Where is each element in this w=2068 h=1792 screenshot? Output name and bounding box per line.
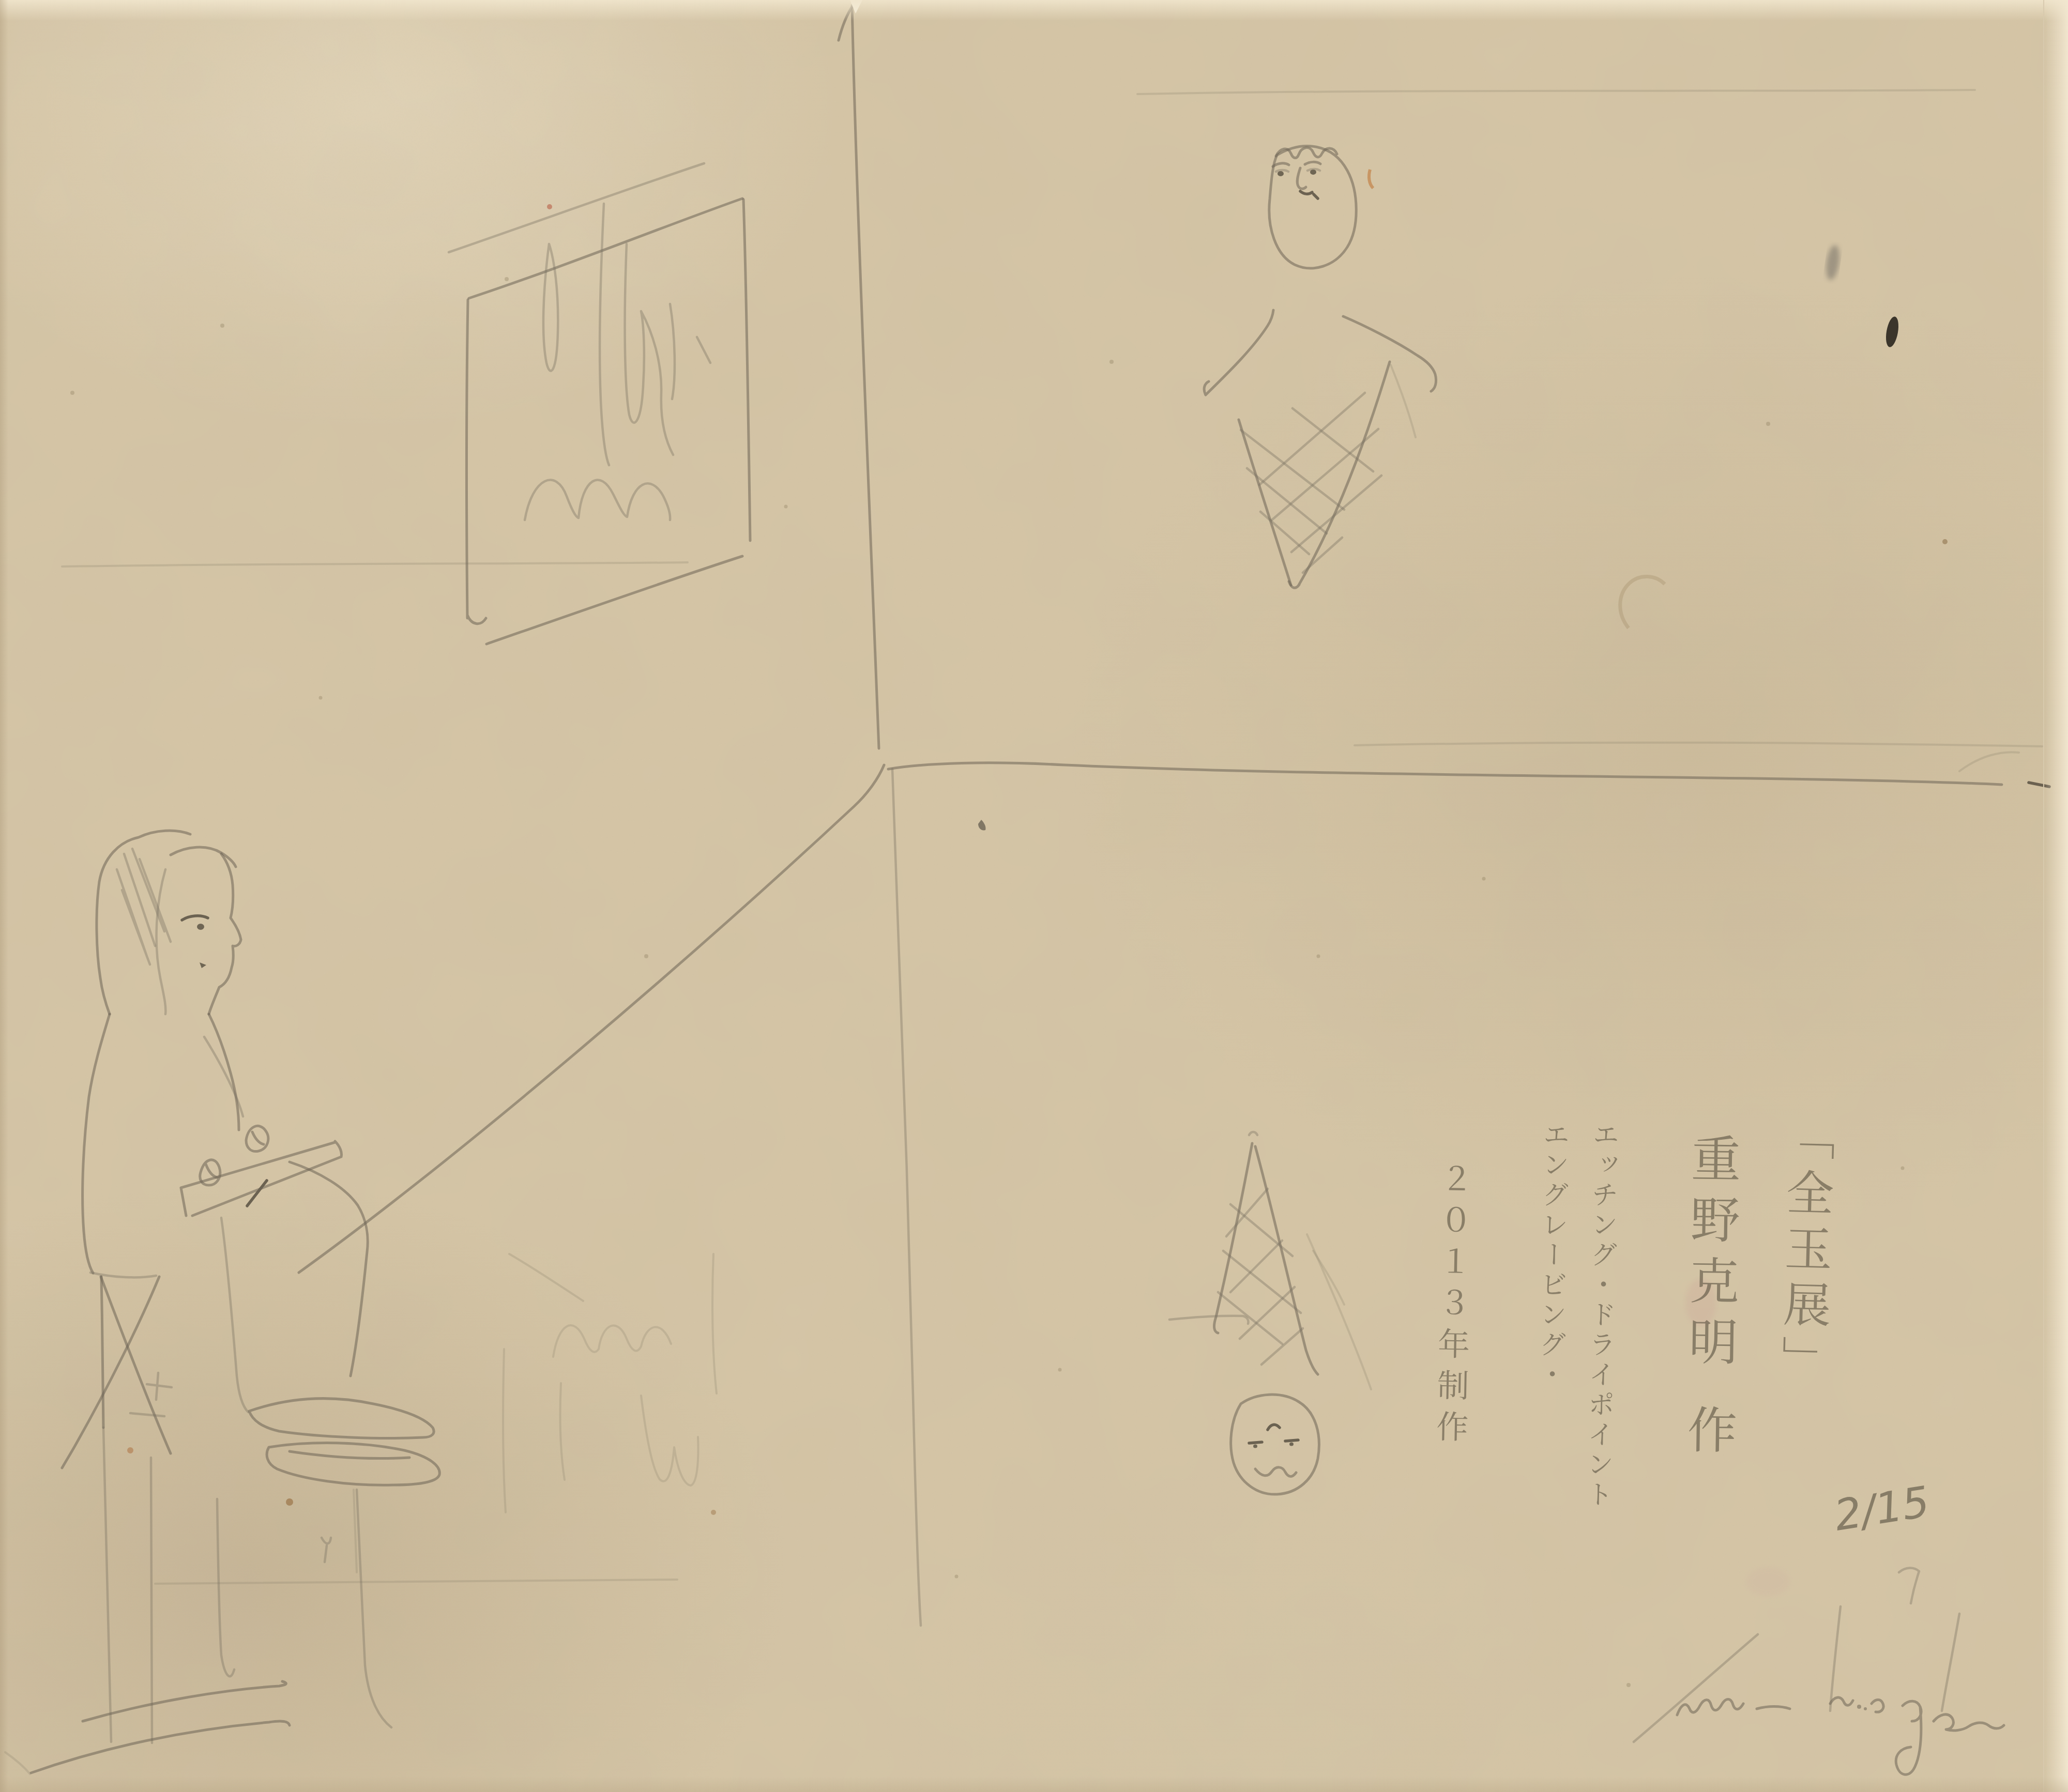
- right-eye: [1289, 1443, 1294, 1446]
- brown-dot: [286, 1498, 293, 1506]
- brown-dot: [711, 1510, 716, 1515]
- paper-edge-left: [0, 0, 8, 1792]
- title-inscription: 「全玉展」: [1767, 1111, 1842, 1392]
- scanned-pencil-drawing: 「全玉展」 重野克明 作 エッチング・ドライポイント エングレービング・ ２０１…: [0, 0, 2068, 1792]
- signature-dot: [1857, 1705, 1861, 1709]
- pink-smudge: [1746, 1567, 1790, 1596]
- stool-leg-long: [151, 1458, 152, 1743]
- left-eye: [1253, 1445, 1257, 1448]
- technique-inscription-1: エッチング・ドライポイント: [1577, 1120, 1623, 1510]
- red-dot: [547, 204, 552, 209]
- paper-edge-top: [0, 0, 2068, 21]
- technique-inscription-2: エングレービング・: [1530, 1120, 1573, 1390]
- sketch-layer: [0, 0, 2068, 1792]
- paper-edge-bottom: [0, 1776, 2068, 1792]
- paper-grain-texture: [0, 0, 2068, 1792]
- left-eye: [1278, 171, 1284, 176]
- signature-dot: [1864, 1707, 1867, 1710]
- paper-edge-right: [2043, 0, 2068, 1792]
- brown-dot: [127, 1447, 133, 1453]
- brown-dot: [1942, 539, 1948, 544]
- year-inscription: ２０１３年制作: [1426, 1161, 1478, 1451]
- artist-inscription: 重野克明 作: [1673, 1132, 1748, 1465]
- eye: [197, 924, 204, 930]
